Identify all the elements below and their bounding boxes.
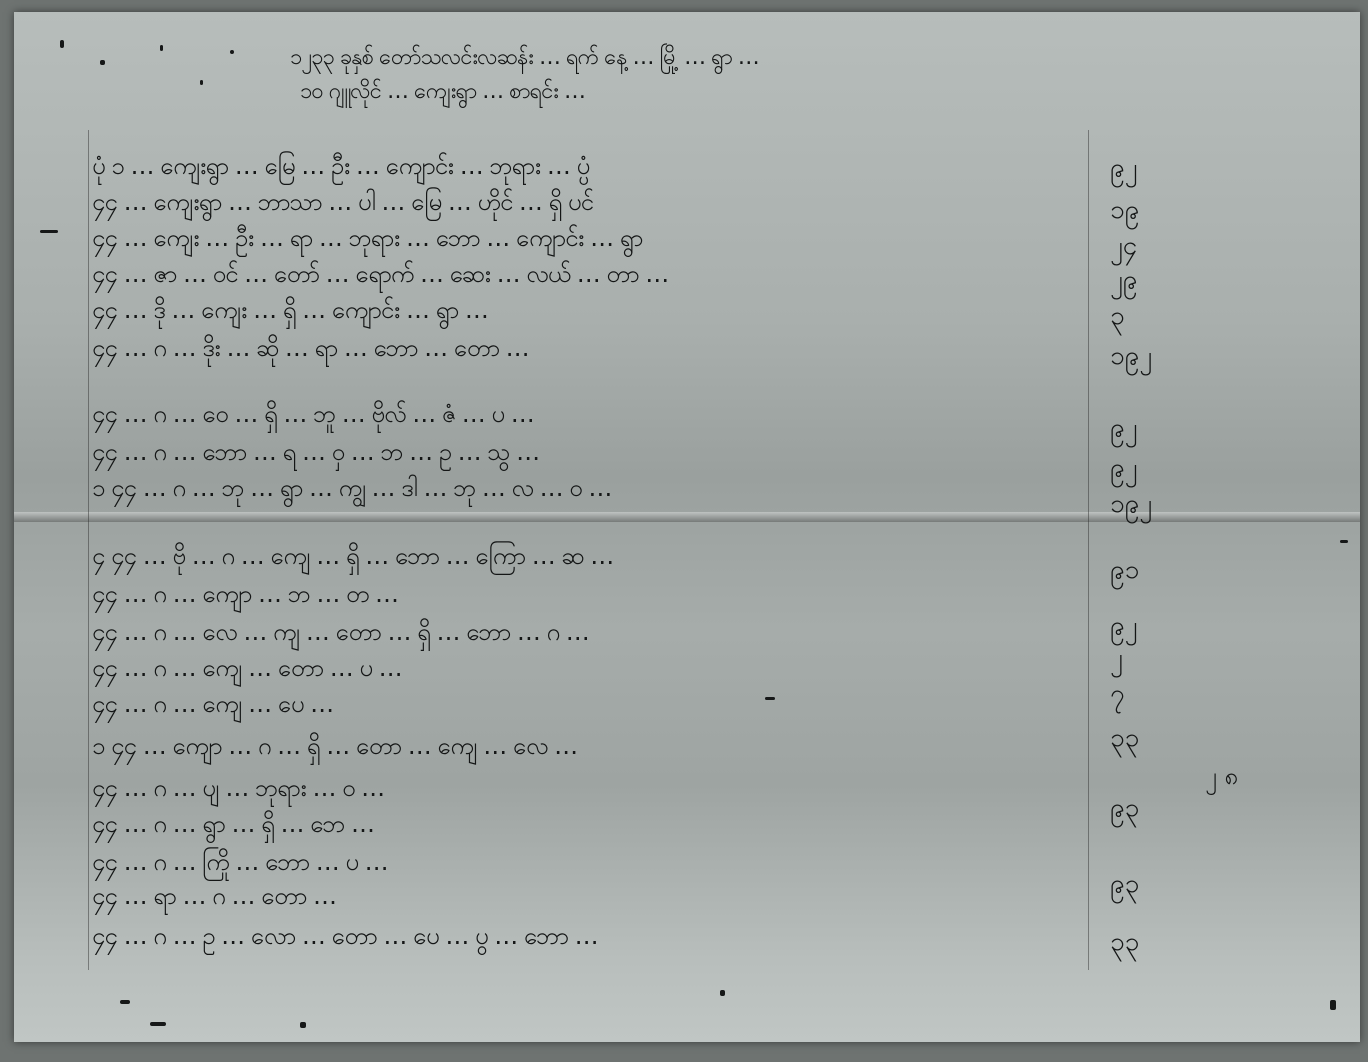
ink-speck: [765, 697, 775, 700]
left-margin-rule: [88, 130, 89, 970]
ink-speck: [60, 40, 64, 48]
body-line: ၁ ၄၄ … ဂ … ဘု … ရွာ … ကျွ … ဒါ … ဘု … လ …: [92, 472, 611, 508]
ink-speck: [120, 1000, 130, 1004]
ink-speck: [40, 230, 58, 233]
margin-note: ၉၂: [1110, 450, 1137, 489]
margin-note: ၉၃: [1110, 866, 1139, 905]
header-line-2: ၁၀ ဂျူလိုင် … ကျေးရွာ … စာရင်း …: [300, 76, 585, 109]
body-line: ၁ ၄၄ … ကျော … ဂ … ရှိ … တော … ကျေ … လေ …: [92, 730, 577, 766]
body-line: ၄၄ … ဂ … ဘော … ရ … ဝှ … ဘ … ဥ … သွ …: [92, 436, 539, 472]
margin-note: ၃၃: [1110, 720, 1139, 759]
body-line: ၄၄ … ဇာ … ဝင် … တော် … ရောက် … ဆေး … လယ်…: [92, 258, 668, 294]
stray-note: ၂ ၈: [1205, 760, 1238, 796]
right-column-rule: [1088, 130, 1089, 970]
ink-speck: [230, 50, 234, 54]
body-line: ၄၄ … ဂ … ကျော … ဘ … တ …: [92, 578, 398, 614]
body-line: ပုံ ၁ … ကျေးရွာ … မြေ … ဦး … ကျောင်း … ဘ…: [92, 150, 589, 186]
body-line: ၄၄ … ကျေးရွာ … ဘာသာ … ပါ … မြေ … ဟိုင် ……: [92, 186, 593, 222]
margin-note: ၃: [1110, 298, 1125, 337]
body-line: ၄၄ … ဒို … ကျေး … ရှိ … ကျောင်း … ရွာ …: [92, 294, 488, 330]
ink-speck: [300, 1022, 306, 1028]
ink-speck: [100, 60, 105, 65]
ink-speck: [150, 1022, 166, 1026]
body-line: ၄၄ … ဂ … ကျေ … တော … ပ …: [92, 652, 402, 688]
body-line: ၄၄ … ဂ … ကြို … ဘော … ပ …: [92, 846, 388, 882]
body-line: ၄၄ … ကျေး … ဦး … ရာ … ဘုရား … ဘော … ကျော…: [92, 222, 642, 258]
body-line: ၄၄ … ဂ … ဥ … လော … တော … ပေ … ပွ … ဘော …: [92, 920, 598, 956]
ink-speck: [720, 990, 725, 996]
header-line-1: ၁၂၃၃ ခုနှစ် တော်သလင်းလဆန်း … ရက် နေ့ … မ…: [290, 42, 759, 75]
body-line: ၄ ၄၄ … ဗို … ဂ … ကျေ … ရှိ … ဘော … ကြော …: [92, 540, 613, 576]
body-line: ၄၄ … ဂ … ကျေ … ပေ …: [92, 688, 333, 724]
margin-note: ၇: [1110, 676, 1125, 715]
body-line: ၄၄ … ဂ … ပျ … ဘုရား … ဝ …: [92, 772, 384, 808]
ink-speck: [200, 80, 203, 85]
margin-note: ၉၃: [1110, 790, 1139, 829]
page-fold: [14, 512, 1360, 522]
margin-note: ၁၉၂: [1110, 338, 1152, 377]
margin-note: ၂: [1110, 640, 1123, 679]
ink-speck: [1330, 1000, 1336, 1010]
margin-note: ၁၉၂: [1110, 486, 1152, 525]
margin-note: ၉၁: [1110, 552, 1139, 591]
margin-note: ၉၂: [1110, 410, 1137, 449]
ink-speck: [1340, 540, 1348, 543]
body-line: ၄၄ … ဂ … ဒိုး … ဆို … ရာ … ဘော … တော …: [92, 332, 529, 368]
body-line: ၄၄ … ဂ … ရွာ … ရှိ … ဘေ …: [92, 808, 374, 844]
ink-speck: [160, 45, 163, 51]
margin-note: ၂၉: [1110, 262, 1137, 301]
body-line: ၄၄ … ဂ … ဝေ … ရှိ … ဘူ … ဗိုလ် … ဇံ … ပ …: [92, 398, 534, 434]
margin-note: ၉၂: [1110, 150, 1137, 189]
body-line: ၄၄ … ရာ … ဂ … တော …: [92, 880, 336, 916]
body-line: ၄၄ … ဂ … လေ … ကျ … တော … ရှိ … ဘော … ဂ …: [92, 616, 589, 652]
margin-note: ၃၃: [1110, 924, 1139, 963]
margin-note: ၁၉: [1110, 192, 1139, 231]
